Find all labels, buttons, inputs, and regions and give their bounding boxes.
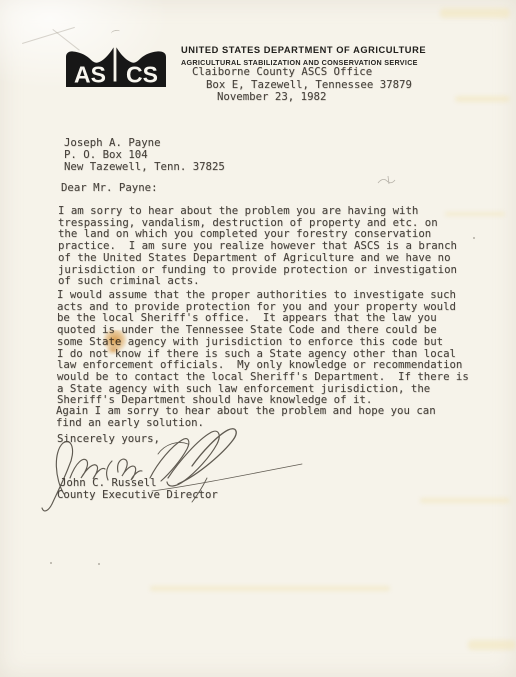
paper-streak (420, 498, 510, 503)
date-line: November 23, 1982 (217, 91, 326, 103)
body-paragraph-2: I would assume that the proper authoriti… (57, 289, 469, 406)
body-paragraph-1: I am sorry to hear about the problem you… (58, 205, 457, 287)
agency-name: UNITED STATES DEPARTMENT OF AGRICULTURE (181, 45, 426, 55)
paper-speck (98, 563, 100, 565)
paper-streak (150, 586, 390, 591)
paper-streak (468, 640, 516, 650)
paper-speck (50, 562, 52, 564)
salutation: Dear Mr. Payne: (61, 182, 158, 194)
logo-text-right: CS (126, 62, 158, 88)
office-address-line: Box E, Tazewell, Tennessee 37879 (206, 79, 412, 91)
paper-streak (455, 96, 510, 102)
paper-speck (473, 237, 475, 239)
logo-text-left: AS (74, 62, 106, 88)
logo-divider (114, 48, 117, 82)
signer-name: John C. Russell (60, 477, 157, 489)
office-line: Claiborne County ASCS Office (192, 66, 372, 78)
smudge-mark (111, 29, 121, 35)
paper-streak (440, 8, 510, 18)
letter-page: AS CS UNITED STATES DEPARTMENT OF AGRICU… (0, 0, 516, 677)
pencil-squiggle-mark (376, 174, 400, 188)
signer-title: County Executive Director (57, 489, 218, 501)
ascs-logo: AS CS (64, 46, 170, 88)
recipient-address: Joseph A. Payne P. O. Box 104 New Tazewe… (64, 137, 225, 173)
